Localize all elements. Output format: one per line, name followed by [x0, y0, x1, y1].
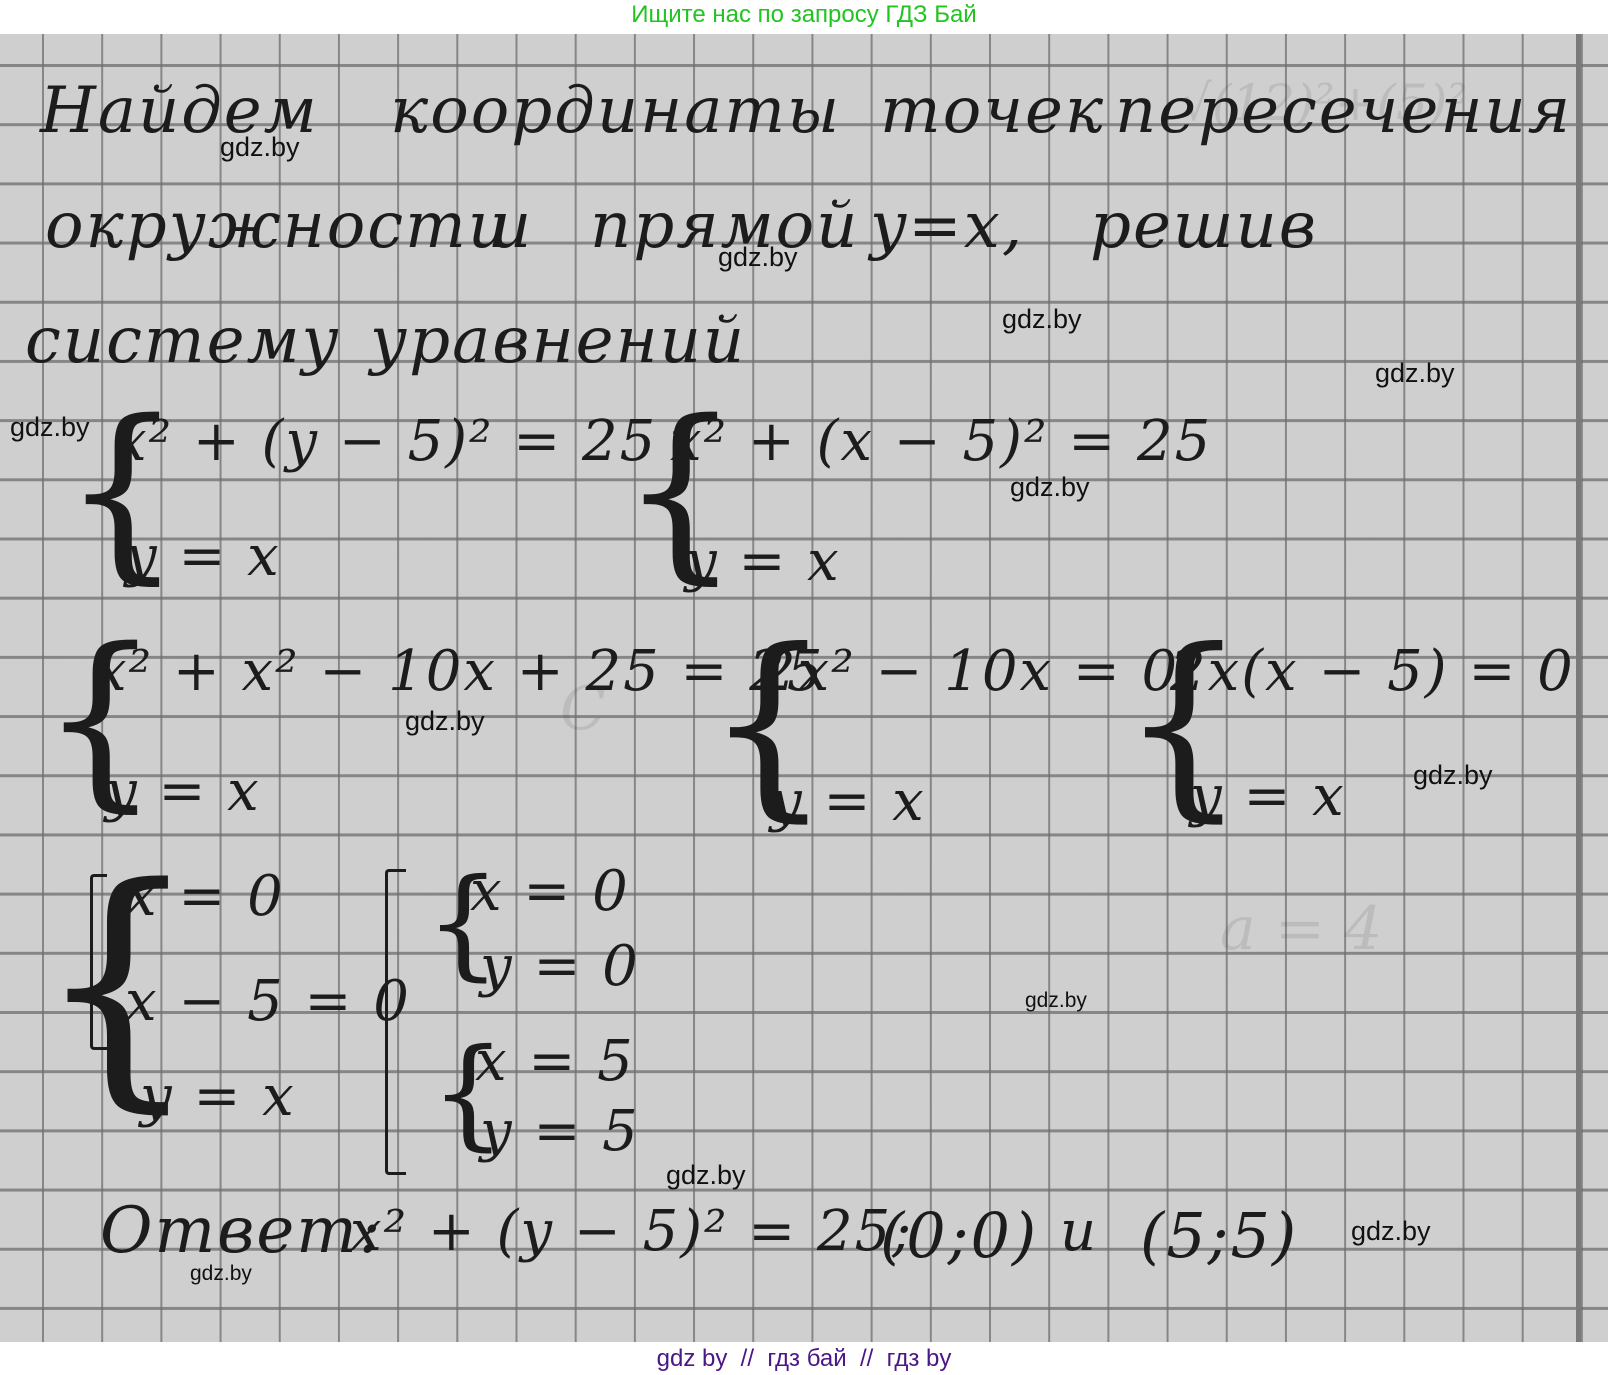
watermark: gdz.by: [666, 1160, 746, 1191]
heading-word: систему: [25, 304, 341, 378]
solution2-x: x = 5: [475, 1029, 635, 1094]
system1-eq2: y = x: [125, 524, 281, 589]
system6-eq2: y = x: [140, 1064, 296, 1129]
answer-equation: x² + (y − 5)² = 25;: [350, 1199, 913, 1264]
system3-eq2: y = x: [105, 759, 261, 824]
system4-eq1: 2x² − 10x = 0: [760, 639, 1179, 704]
system2-eq1: x² + (x − 5)² = 25: [670, 409, 1212, 474]
heading-word: y=x,: [870, 189, 1024, 263]
watermark: gdz.by: [1010, 472, 1090, 503]
watermark: gdz.by: [1375, 358, 1455, 389]
system5-eq1: 2x(x − 5) = 0: [1170, 639, 1575, 704]
watermark: gdz.by: [405, 706, 485, 737]
solution1-x: x = 0: [470, 859, 630, 924]
solution2-y: y = 5: [480, 1099, 640, 1164]
answer-conjunction: и: [1060, 1199, 1098, 1264]
watermark: gdz.by: [220, 132, 300, 163]
watermark: gdz.by: [10, 412, 90, 443]
watermark: gdz.by: [1351, 1216, 1431, 1247]
watermark: gdz.by: [1025, 989, 1087, 1013]
heading-word: окружности: [45, 189, 511, 263]
heading-word: точек: [880, 74, 1105, 148]
watermark: gdz.by: [718, 242, 798, 273]
system2-eq2: y = x: [685, 529, 841, 594]
watermark: gdz.by: [190, 1262, 252, 1286]
collection-bracket: [90, 874, 107, 1050]
heading-word: пересечения: [1115, 74, 1572, 148]
bottom-banner: gdz by // гдз бай // гдз by: [0, 1342, 1608, 1375]
heading-word: решив: [1090, 189, 1318, 263]
system5-eq2: y = x: [1190, 764, 1346, 829]
answer-point-1: (0;0): [880, 1199, 1038, 1272]
top-banner: Ищите нас по запросу ГДЗ Бай: [0, 0, 1608, 34]
system6-option2: x − 5 = 0: [125, 969, 411, 1034]
notebook-page: √(12)²+(5)² C a = 4 Найдем координаты то…: [0, 34, 1608, 1342]
heading-word: уравнений: [370, 304, 746, 378]
collection-bracket: [385, 869, 406, 1175]
answer-label: Ответ:: [100, 1194, 383, 1268]
system1-eq1: x² + (y − 5)² = 25: [115, 409, 657, 474]
heading-word: координаты: [390, 74, 841, 148]
answer-point-2: (5;5): [1140, 1199, 1298, 1272]
system4-eq2: y = x: [770, 769, 926, 834]
system6-option1: x = 0: [125, 864, 285, 929]
heading-word: и: [490, 189, 533, 263]
watermark: gdz.by: [1413, 760, 1493, 791]
watermark: gdz.by: [1002, 304, 1082, 335]
solution1-y: y = 0: [480, 934, 640, 999]
bleed-through: a = 4: [1220, 894, 1382, 964]
